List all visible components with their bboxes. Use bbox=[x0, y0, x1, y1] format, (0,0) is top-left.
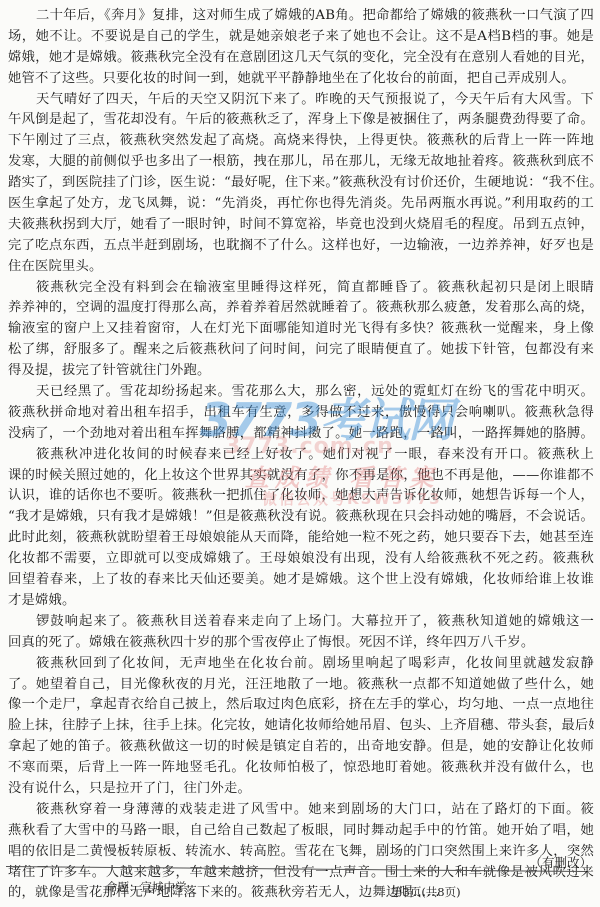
text-line: 回真的死了。嫦娥在筱燕秋四十岁的那个雪夜停止了悔恨。死因不详，终年四万八千岁。 bbox=[8, 633, 594, 654]
text-line: 堵住了许多车。人越来越多，车越来越挤，但没有一点声音。围上来的人和车就像是被风吹… bbox=[8, 863, 594, 884]
text-line: 锣鼓响起来了。筱燕秋目送着春来走向了上场门。大幕拉开了，筱燕秋知道她的嫦娥这一 bbox=[8, 612, 594, 633]
text-line: 医生拿起了处方，龙飞凤舞，说：“先消炎，再忙你也得先消炎。先吊两瓶水再说。”利用… bbox=[8, 194, 594, 215]
text-line: 不寒而栗，后背上一阵一阵地竖毛孔。化妆师怕极了，惊恐地盯着她。筱燕秋并没有做什么… bbox=[8, 758, 594, 779]
text-line: 养养神的，空调的温度打得那么高，养着养着居然就睡着了。筱燕秋那么疲惫，发着那么高… bbox=[8, 298, 594, 319]
text-line: 发寒，大腿的前侧似乎也多出了一根筋，拽在那儿，吊在那儿，无缘无故地扯着疼。筱燕秋… bbox=[8, 152, 594, 173]
text-line: 场，她不让。不要说是自己的学生，就是她亲娘老子来了她也不会让。这不是A档B档的事… bbox=[8, 27, 594, 48]
text-line: 下午刚过了三点，筱燕秋突然发起了高烧。高烧来得快，上得更快。筱燕秋的后背上一阵一… bbox=[8, 131, 594, 152]
text-line: 了。她望着自己，目光像秋夜的月光，汪汪地散了一地。筱燕秋一点都不知道她做了些什么… bbox=[8, 675, 594, 696]
text-line: 燕秋看了大雪中的马路一眼，自己给自己数起了板眼，同时舞动起手中的竹笛。她开始了唱… bbox=[8, 821, 594, 842]
text-line: 没病了，一个劲地对着出租车挥舞胳膊，都精神抖擞了。她一路跑，一路叫，一路挥舞她的… bbox=[8, 424, 594, 445]
text-line: 没有说什么，只是拉开了门，往门外走。 bbox=[8, 779, 594, 800]
exam-setter: 命题：宣城中学 bbox=[106, 879, 187, 895]
text-line: 筱燕秋拼命地对着出租车招手，出租车有生意，多得做不过来，傲慢得只会响喇叭。筱燕秋… bbox=[8, 403, 594, 424]
text-line: 嫦娥，她才是嫦娥。筱燕秋完全没有在意剧团这几天气氛的变化，完全没有在意别人看她的… bbox=[8, 48, 594, 69]
text-line: 夫筱燕秋拐到大厅，她看了一眼时钟，时间不算宽裕，毕竟也没到火烧眉毛的程度。吊到五… bbox=[8, 215, 594, 236]
text-line: 二十年后，《奔月》复排，这对师生成了嫦娥的AB角。把命都给了嫦娥的筱燕秋一口气演… bbox=[8, 6, 594, 27]
text-line: 筱燕秋完全没有料到会在输液室里睡得这样死，简直都睡昏了。筱燕秋起初只是闭上眼睛 bbox=[8, 278, 594, 299]
text-line: 天已经黑了。雪花却纷扬起来。雪花那么大，那么密，远处的霓虹灯在纷飞的雪花中明灭。 bbox=[8, 382, 594, 403]
text-line: 的，就像是雪花那样无声地降落下来的。筱燕秋旁若无人，边舞边唱…… bbox=[8, 883, 594, 904]
document-body: 二十年后，《奔月》复排，这对师生成了嫦娥的AB角。把命都给了嫦娥的筱燕秋一口气演… bbox=[8, 6, 594, 904]
text-line: “我才是嫦娥，只有我才是嫦娥！”但是筱燕秋没有说。筱燕秋现在只会抖动她的嘴唇，不… bbox=[8, 507, 594, 528]
text-line: 松了绑，舒服多了。醒来之后筱燕秋问了问时间，问完了眼睛便直了。她拔下针管，包都没… bbox=[8, 340, 594, 361]
page-number: 第3页(共8页) bbox=[391, 884, 461, 900]
text-line: 才是嫦娥。 bbox=[8, 591, 594, 612]
text-line: 输液室的窗户上又挂着窗帘，人在灯光下面哪能知道时光飞得有多快？筱燕秋一觉醒来，身… bbox=[8, 319, 594, 340]
text-line: 拿起了她的笛子。筱燕秋做这一切的时候是镇定自若的，出奇地安静。但是，她的安静让化… bbox=[8, 737, 594, 758]
text-line: 唱的依旧是二黄慢板转原板、转流水、转高腔。雪花在飞舞，剧场的门口突然围上来许多人… bbox=[8, 842, 594, 863]
text-line: 筱燕秋穿着一身薄薄的戏装走进了风雪中。她来到剧场的大门口，站在了路灯的下面。筱 bbox=[8, 800, 594, 821]
text-line: 天气晴好了四天，午后的天空又阴沉下来了。昨晚的天气预报说了，今天午后有大风雪。下 bbox=[8, 90, 594, 111]
text-line: 此时此刻，筱燕秋就盼望着王母娘娘能从天而降，能给她一粒不死之药，她只要吞下去，她… bbox=[8, 528, 594, 549]
text-line: 住在医院里头。 bbox=[8, 257, 594, 278]
source-credit: （有删改） bbox=[529, 853, 592, 871]
text-line: 回望着春来，上了妆的春来比天仙还要美。她才是嫦娥。这个世上没有嫦娥，化妆师给谁上… bbox=[8, 570, 594, 591]
text-line: 午风倒是起了，雪花却没有。午后的筱燕秋乏了，浑身上下像是被捆住了，两条腿费劲得要… bbox=[8, 110, 594, 131]
text-line: 认识，谁的话你也不要听。筱燕秋一把抓住了化妆师，她想大声告诉化妆师，她想告诉每一… bbox=[8, 486, 594, 507]
text-line: 脸上抹，往脖子上抹，往手上抹。化完妆，她请化妆师给她吊眉、包头、上齐眉穗、带头套… bbox=[8, 716, 594, 737]
text-line: 她管不了这些。只要化妆的时间一到，她就平平静静地坐在了化妆台的前面，把自己弄成别… bbox=[8, 69, 594, 90]
text-line: 筱燕秋回到了化妆间，无声地坐在化妆台前。剧场里响起了喝彩声，化妆间里就越发寂静 bbox=[8, 654, 594, 675]
text-line: 得及提，拔完了针管就往门外跑。 bbox=[8, 361, 594, 382]
text-line: 完了吃点东西，五点半赶到剧场，也耽搁不了什么。这样也好，一边输液，一边养养神，好… bbox=[8, 236, 594, 257]
text-line: 踏实了，到医院挂了门诊，医生说：“最好呢，住下来。”筱燕秋没有讨价还价，生硬地说… bbox=[8, 173, 594, 194]
text-line: 课的时候关照过她的，化上妆这个世界其实就没有了，你不再是你，他也不再是他，——你… bbox=[8, 466, 594, 487]
text-line: 像一个走尸，拿起青衣给自己披上，然后取过肉色底彩，挤在左手的掌心，均匀地、一点一… bbox=[8, 695, 594, 716]
text-line: 化妆都不需要，立即就可以变成嫦娥了。王母娘娘没有出现，没有人给筱燕秋不死之药。筱… bbox=[8, 549, 594, 570]
text-line: 筱燕秋冲进化妆间的时候春来已经上好妆了。她们对视了一眼，春来没有开口。筱燕秋上 bbox=[8, 445, 594, 466]
